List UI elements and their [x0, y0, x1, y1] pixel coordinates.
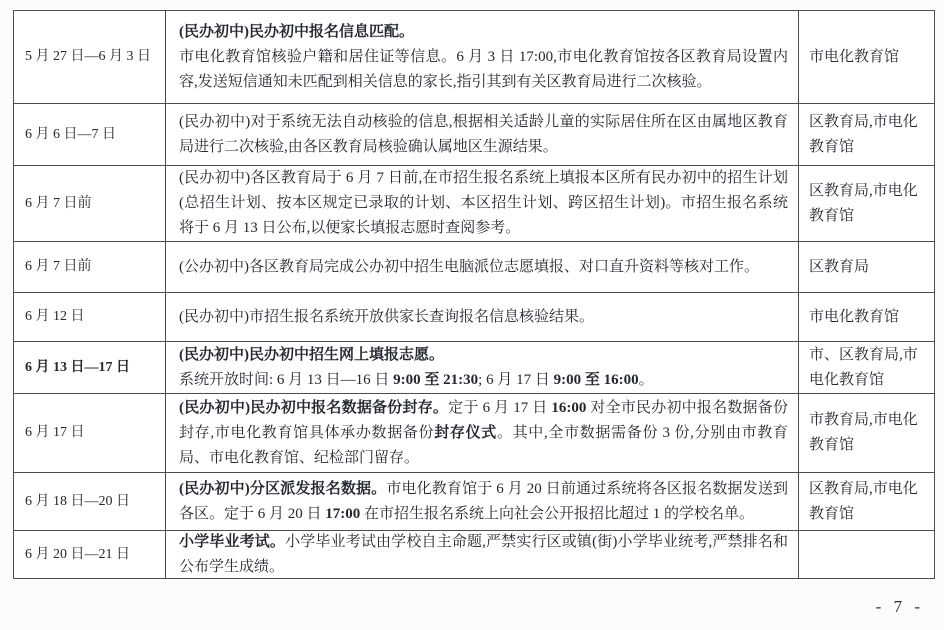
table-row: 6 月 17 日(民办初中)民办初中报名数据备份封存。定于 6 月 17 日 1… [14, 393, 934, 472]
date-cell: 6 月 7 日前 [14, 166, 166, 241]
table-row: 6 月 7 日前(民办初中)各区教育局于 6 月 7 日前,在市招生报名系统上填… [14, 165, 934, 241]
org-cell: 市电化教育馆 [799, 293, 934, 341]
org-cell: 市、区教育局,市电化教育馆 [799, 342, 934, 393]
content-cell: 小学毕业考试。小学毕业考试由学校自主命题,严禁实行区或镇(街)小学毕业统考,严禁… [166, 531, 799, 578]
content-line: (民办初中)分区派发报名数据。市电化教育馆于 6 月 20 日前通过系统将各区报… [179, 477, 788, 527]
org-cell: 区教育局 [799, 242, 934, 292]
content-line: (民办初中)民办初中报名信息匹配。 [179, 20, 788, 45]
content-cell: (公办初中)各区教育局完成公办初中招生电脑派位志愿填报、对口直升资料等核对工作。 [166, 242, 799, 292]
table-row: 6 月 6 日—7 日(民办初中)对于系统无法自动核验的信息,根据相关适龄儿童的… [14, 103, 934, 165]
content-line: 市电化教育馆核验户籍和居住证等信息。6 月 3 日 17:00,市电化教育馆按各… [179, 45, 788, 95]
org-cell: 市教育局,市电化教育馆 [799, 394, 934, 472]
content-line: (民办初中)各区教育局于 6 月 7 日前,在市招生报名系统上填报本区所有民办初… [179, 166, 788, 241]
content-cell: (民办初中)各区教育局于 6 月 7 日前,在市招生报名系统上填报本区所有民办初… [166, 166, 799, 241]
content-line: (民办初中)对于系统无法自动核验的信息,根据相关适龄儿童的实际居住所在区由属地区… [179, 110, 788, 160]
document-page: 5 月 27 日—6 月 3 日(民办初中)民办初中报名信息匹配。市电化教育馆核… [0, 0, 944, 630]
org-cell: 区教育局,市电化教育馆 [799, 473, 934, 530]
date-cell: 6 月 7 日前 [14, 242, 166, 292]
content-cell: (民办初中)市招生报名系统开放供家长查询报名信息核验结果。 [166, 293, 799, 341]
content-line: 系统开放时间: 6 月 13 日—16 日 9:00 至 21:30; 6 月 … [179, 368, 788, 393]
content-cell: (民办初中)对于系统无法自动核验的信息,根据相关适龄儿童的实际居住所在区由属地区… [166, 104, 799, 165]
date-cell: 6 月 17 日 [14, 394, 166, 472]
org-cell: 区教育局,市电化教育馆 [799, 166, 934, 241]
content-line: 小学毕业考试。小学毕业考试由学校自主命题,严禁实行区或镇(街)小学毕业统考,严禁… [179, 531, 788, 578]
table-row: 6 月 7 日前(公办初中)各区教育局完成公办初中招生电脑派位志愿填报、对口直升… [14, 241, 934, 292]
content-cell: (民办初中)分区派发报名数据。市电化教育馆于 6 月 20 日前通过系统将各区报… [166, 473, 799, 530]
content-cell: (民办初中)民办初中招生网上填报志愿。系统开放时间: 6 月 13 日—16 日… [166, 342, 799, 393]
date-cell: 6 月 18 日—20 日 [14, 473, 166, 530]
table-row: 6 月 12 日(民办初中)市招生报名系统开放供家长查询报名信息核验结果。市电化… [14, 292, 934, 341]
content-line: (民办初中)民办初中招生网上填报志愿。 [179, 343, 788, 368]
org-cell: 区教育局,市电化教育馆 [799, 104, 934, 165]
org-cell: 市电化教育馆 [799, 11, 934, 103]
date-cell: 6 月 13 日—17 日 [14, 342, 166, 393]
schedule-table: 5 月 27 日—6 月 3 日(民办初中)民办初中报名信息匹配。市电化教育馆核… [13, 10, 935, 579]
content-line: (民办初中)民办初中报名数据备份封存。定于 6 月 17 日 16:00 对全市… [179, 396, 788, 471]
content-line: (民办初中)市招生报名系统开放供家长查询报名信息核验结果。 [179, 305, 788, 330]
date-cell: 6 月 20 日—21 日 [14, 531, 166, 578]
table-row: 6 月 13 日—17 日(民办初中)民办初中招生网上填报志愿。系统开放时间: … [14, 341, 934, 393]
table-row: 6 月 20 日—21 日小学毕业考试。小学毕业考试由学校自主命题,严禁实行区或… [14, 530, 934, 578]
content-cell: (民办初中)民办初中报名信息匹配。市电化教育馆核验户籍和居住证等信息。6 月 3… [166, 11, 799, 103]
org-cell [799, 531, 934, 578]
date-cell: 5 月 27 日—6 月 3 日 [14, 11, 166, 103]
page-number: - 7 - [876, 597, 924, 617]
table-row: 6 月 18 日—20 日(民办初中)分区派发报名数据。市电化教育馆于 6 月 … [14, 472, 934, 530]
date-cell: 6 月 12 日 [14, 293, 166, 341]
table-row: 5 月 27 日—6 月 3 日(民办初中)民办初中报名信息匹配。市电化教育馆核… [14, 11, 934, 103]
content-line: (公办初中)各区教育局完成公办初中招生电脑派位志愿填报、对口直升资料等核对工作。 [179, 255, 788, 280]
date-cell: 6 月 6 日—7 日 [14, 104, 166, 165]
content-cell: (民办初中)民办初中报名数据备份封存。定于 6 月 17 日 16:00 对全市… [166, 394, 799, 472]
